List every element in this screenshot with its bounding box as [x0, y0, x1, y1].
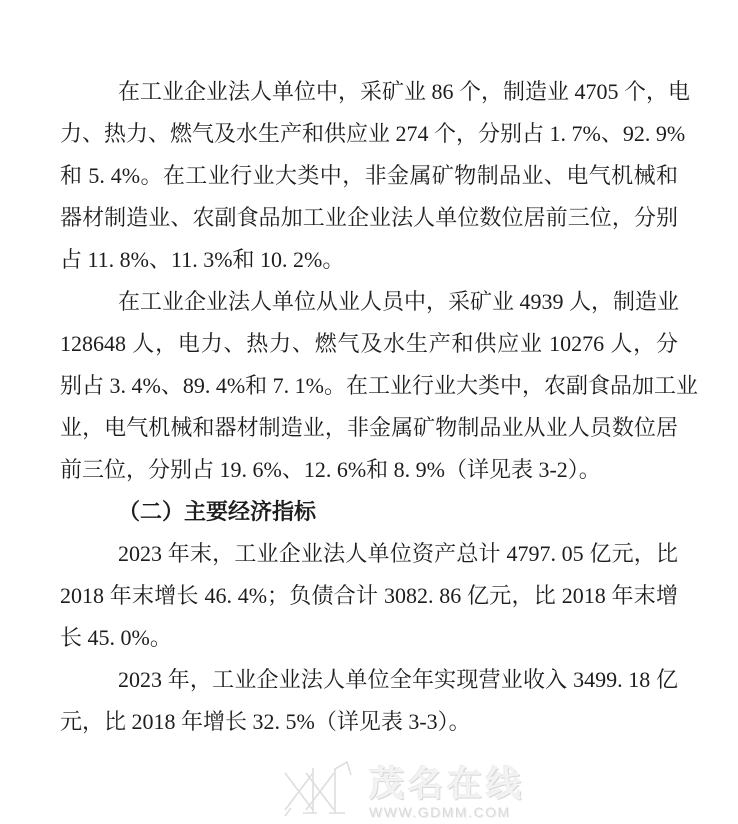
paragraph-line: 2018 年末增长 46. 4%；负债合计 3082. 86 亿元，比 2018…	[60, 575, 678, 617]
paragraph-line: 前三位，分别占 19. 6%、12. 6%和 8. 9%（详见表 3-2）。	[60, 449, 678, 491]
paragraph-line: 128648 人，电力、热力、燃气及水生产和供应业 10276 人，分	[60, 323, 678, 365]
watermark-text: 茂名在线 WWW.GDMM.COM	[369, 766, 525, 820]
paragraph-line: 长 45. 0%。	[60, 617, 678, 659]
paragraph-line: 器材制造业、农副食品加工业企业法人单位数位居前三位，分别	[60, 197, 678, 239]
paragraph-line: 力、热力、燃气及水生产和供应业 274 个，分别占 1. 7%、92. 9%	[60, 113, 678, 155]
paragraph-line: 在工业企业法人单位中，采矿业 86 个，制造业 4705 个，电	[60, 71, 678, 113]
paragraph-line: 占 11. 8%、11. 3%和 10. 2%。	[60, 239, 678, 281]
paragraph-line: 元，比 2018 年增长 32. 5%（详见表 3-3）。	[60, 701, 678, 743]
watermark-url: WWW.GDMM.COM	[369, 804, 525, 820]
watermark: 茂名在线 WWW.GDMM.COM	[283, 760, 525, 820]
document-page: 在工业企业法人单位中，采矿业 86 个，制造业 4705 个，电 力、热力、燃气…	[0, 0, 738, 824]
paragraph-line: 和 5. 4%。在工业行业大类中，非金属矿物制品业、电气机械和	[60, 155, 678, 197]
section-heading: （二）主要经济指标	[60, 491, 678, 533]
document-body: 在工业企业法人单位中，采矿业 86 个，制造业 4705 个，电 力、热力、燃气…	[60, 71, 678, 743]
maoming-logo-icon	[283, 760, 365, 820]
paragraph-line: 别占 3. 4%、89. 4%和 7. 1%。在工业行业大类中，农副食品加工业	[60, 365, 678, 407]
paragraph-line: 2023 年，工业企业法人单位全年实现营业收入 3499. 18 亿	[60, 659, 678, 701]
paragraph-line: 在工业企业法人单位从业人员中，采矿业 4939 人，制造业	[60, 281, 678, 323]
watermark-site-name: 茂名在线	[369, 766, 525, 804]
paragraph-line: 2023 年末，工业企业法人单位资产总计 4797. 05 亿元，比	[60, 533, 678, 575]
paragraph-line: 业，电气机械和器材制造业，非金属矿物制品业从业人员数位居	[60, 407, 678, 449]
